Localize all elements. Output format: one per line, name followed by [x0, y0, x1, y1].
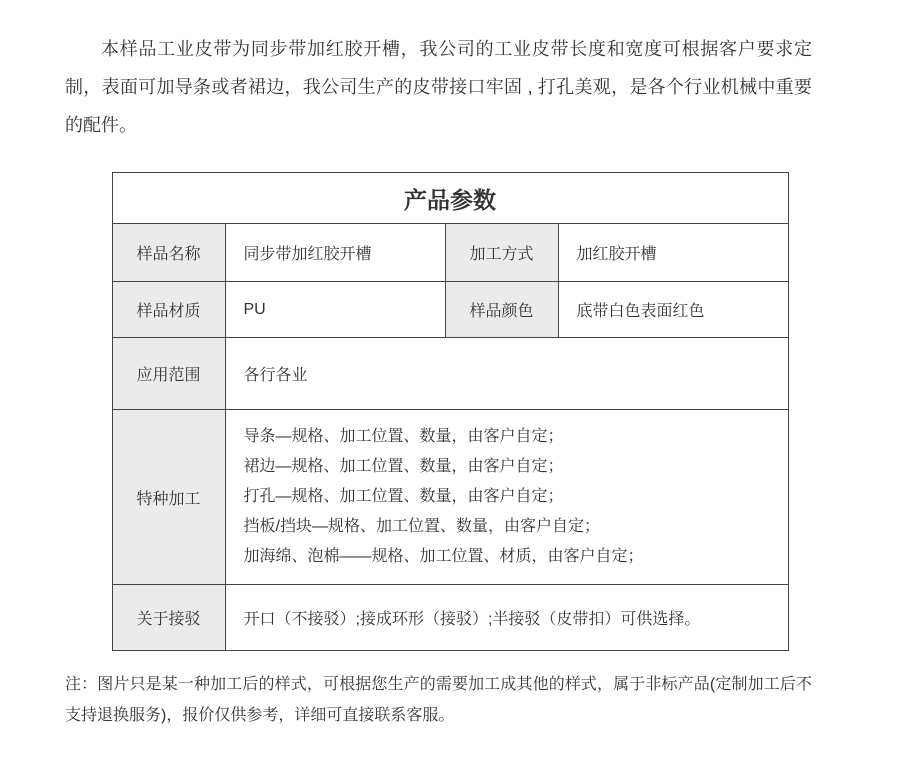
intro-paragraph: 本样品工业皮带为同步带加红胶开槽，我公司的工业皮带长度和宽度可根据客户要求定制，… [65, 30, 812, 144]
sample-name-label: 样品名称 [112, 224, 225, 282]
special-processing-line: 挡板/挡块—规格、加工位置、数量，由客户自定； [244, 512, 770, 542]
special-processing-line: 裙边—规格、加工位置、数量，由客户自定； [244, 452, 770, 482]
table-title: 产品参数 [112, 173, 788, 224]
about-joint-label: 关于接驳 [112, 585, 225, 651]
special-processing-value: 导条—规格、加工位置、数量，由客户自定； 裙边—规格、加工位置、数量，由客户自定… [225, 410, 788, 585]
product-params-table: 产品参数 样品名称 同步带加红胶开槽 加工方式 加红胶开槽 样品材质 PU 样品… [112, 172, 789, 651]
sample-material-label: 样品材质 [112, 282, 225, 338]
table-row-application-scope: 应用范围 各行各业 [112, 338, 788, 410]
sample-color-label: 样品颜色 [445, 282, 558, 338]
table-title-row: 产品参数 [112, 173, 788, 224]
sample-name-value: 同步带加红胶开槽 [225, 224, 445, 282]
product-detail-page: 本样品工业皮带为同步带加红胶开槽，我公司的工业皮带长度和宽度可根据客户要求定制，… [0, 0, 900, 758]
special-processing-line: 打孔—规格、加工位置、数量，由客户自定； [244, 482, 770, 512]
special-processing-lines: 导条—规格、加工位置、数量，由客户自定； 裙边—规格、加工位置、数量，由客户自定… [244, 410, 770, 584]
table-row-about-joint: 关于接驳 开口（不接驳）;接成环形（接驳）;半接驳（皮带扣）可供选择。 [112, 585, 788, 651]
table-row-sample-name: 样品名称 同步带加红胶开槽 加工方式 加红胶开槽 [112, 224, 788, 282]
processing-method-value: 加红胶开槽 [558, 224, 788, 282]
special-processing-line: 加海绵、泡棉——规格、加工位置、材质，由客户自定； [244, 542, 770, 572]
processing-method-label: 加工方式 [445, 224, 558, 282]
table-row-sample-material: 样品材质 PU 样品颜色 底带白色表面红色 [112, 282, 788, 338]
application-scope-label: 应用范围 [112, 338, 225, 410]
sample-material-value: PU [225, 282, 445, 338]
table-row-special-processing: 特种加工 导条—规格、加工位置、数量，由客户自定； 裙边—规格、加工位置、数量，… [112, 410, 788, 585]
special-processing-line: 导条—规格、加工位置、数量，由客户自定； [244, 422, 770, 452]
about-joint-value: 开口（不接驳）;接成环形（接驳）;半接驳（皮带扣）可供选择。 [225, 585, 788, 651]
application-scope-value: 各行各业 [225, 338, 788, 410]
sample-color-value: 底带白色表面红色 [558, 282, 788, 338]
note-paragraph: 注：图片只是某一种加工后的样式，可根据您生产的需要加工成其他的样式，属于非标产品… [65, 669, 812, 731]
special-processing-label: 特种加工 [112, 410, 225, 585]
